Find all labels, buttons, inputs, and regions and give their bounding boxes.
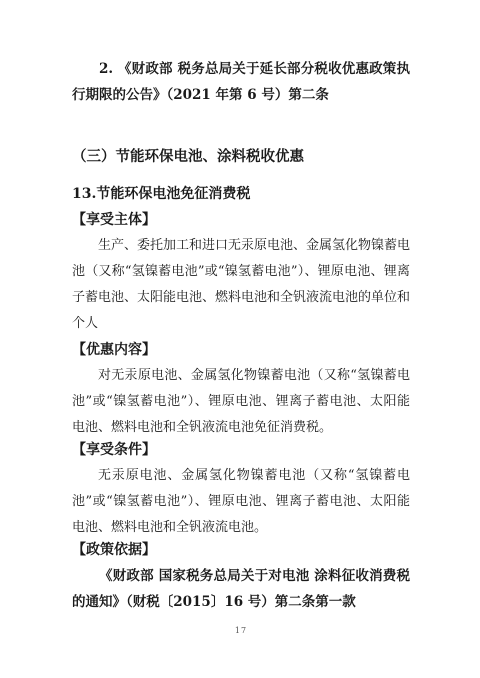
document-page: 2. 《财政部 税务总局关于延长部分税收优惠政策执行期限的公告》（2021 年第… (0, 0, 480, 678)
beneficiary-paragraph: 生产、委托加工和进口无汞原电池、金属氢化物镍蓄电池（又称“氢镍蓄电池”或“镍氢蓄… (72, 233, 410, 337)
conditions-paragraph: 无汞原电池、金属氢化物镍蓄电池（又称“氢镍蓄电池”或“镍氢蓄电池”）、锂原电池、… (72, 463, 410, 541)
benefit-content-paragraph: 对无汞原电池、金属氢化物镍蓄电池（又称“氢镍蓄电池”或“镍氢蓄电池”）、锂原电池… (72, 363, 410, 441)
previous-policy-citation: 2. 《财政部 税务总局关于延长部分税收优惠政策执行期限的公告》（2021 年第… (72, 56, 410, 108)
label-benefit-content: 【优惠内容】 (72, 337, 410, 363)
section-heading: （三）节能环保电池、涂料税收优惠 (72, 144, 410, 170)
page-number: 17 (72, 625, 410, 637)
label-beneficiary: 【享受主体】 (72, 207, 410, 233)
policy-basis-paragraph: 《财政部 国家税务总局关于对电池 涂料征收消费税的通知》（财税〔2015〕16 … (72, 563, 410, 615)
item-heading: 13.节能环保电池免征消费税 (72, 181, 410, 207)
